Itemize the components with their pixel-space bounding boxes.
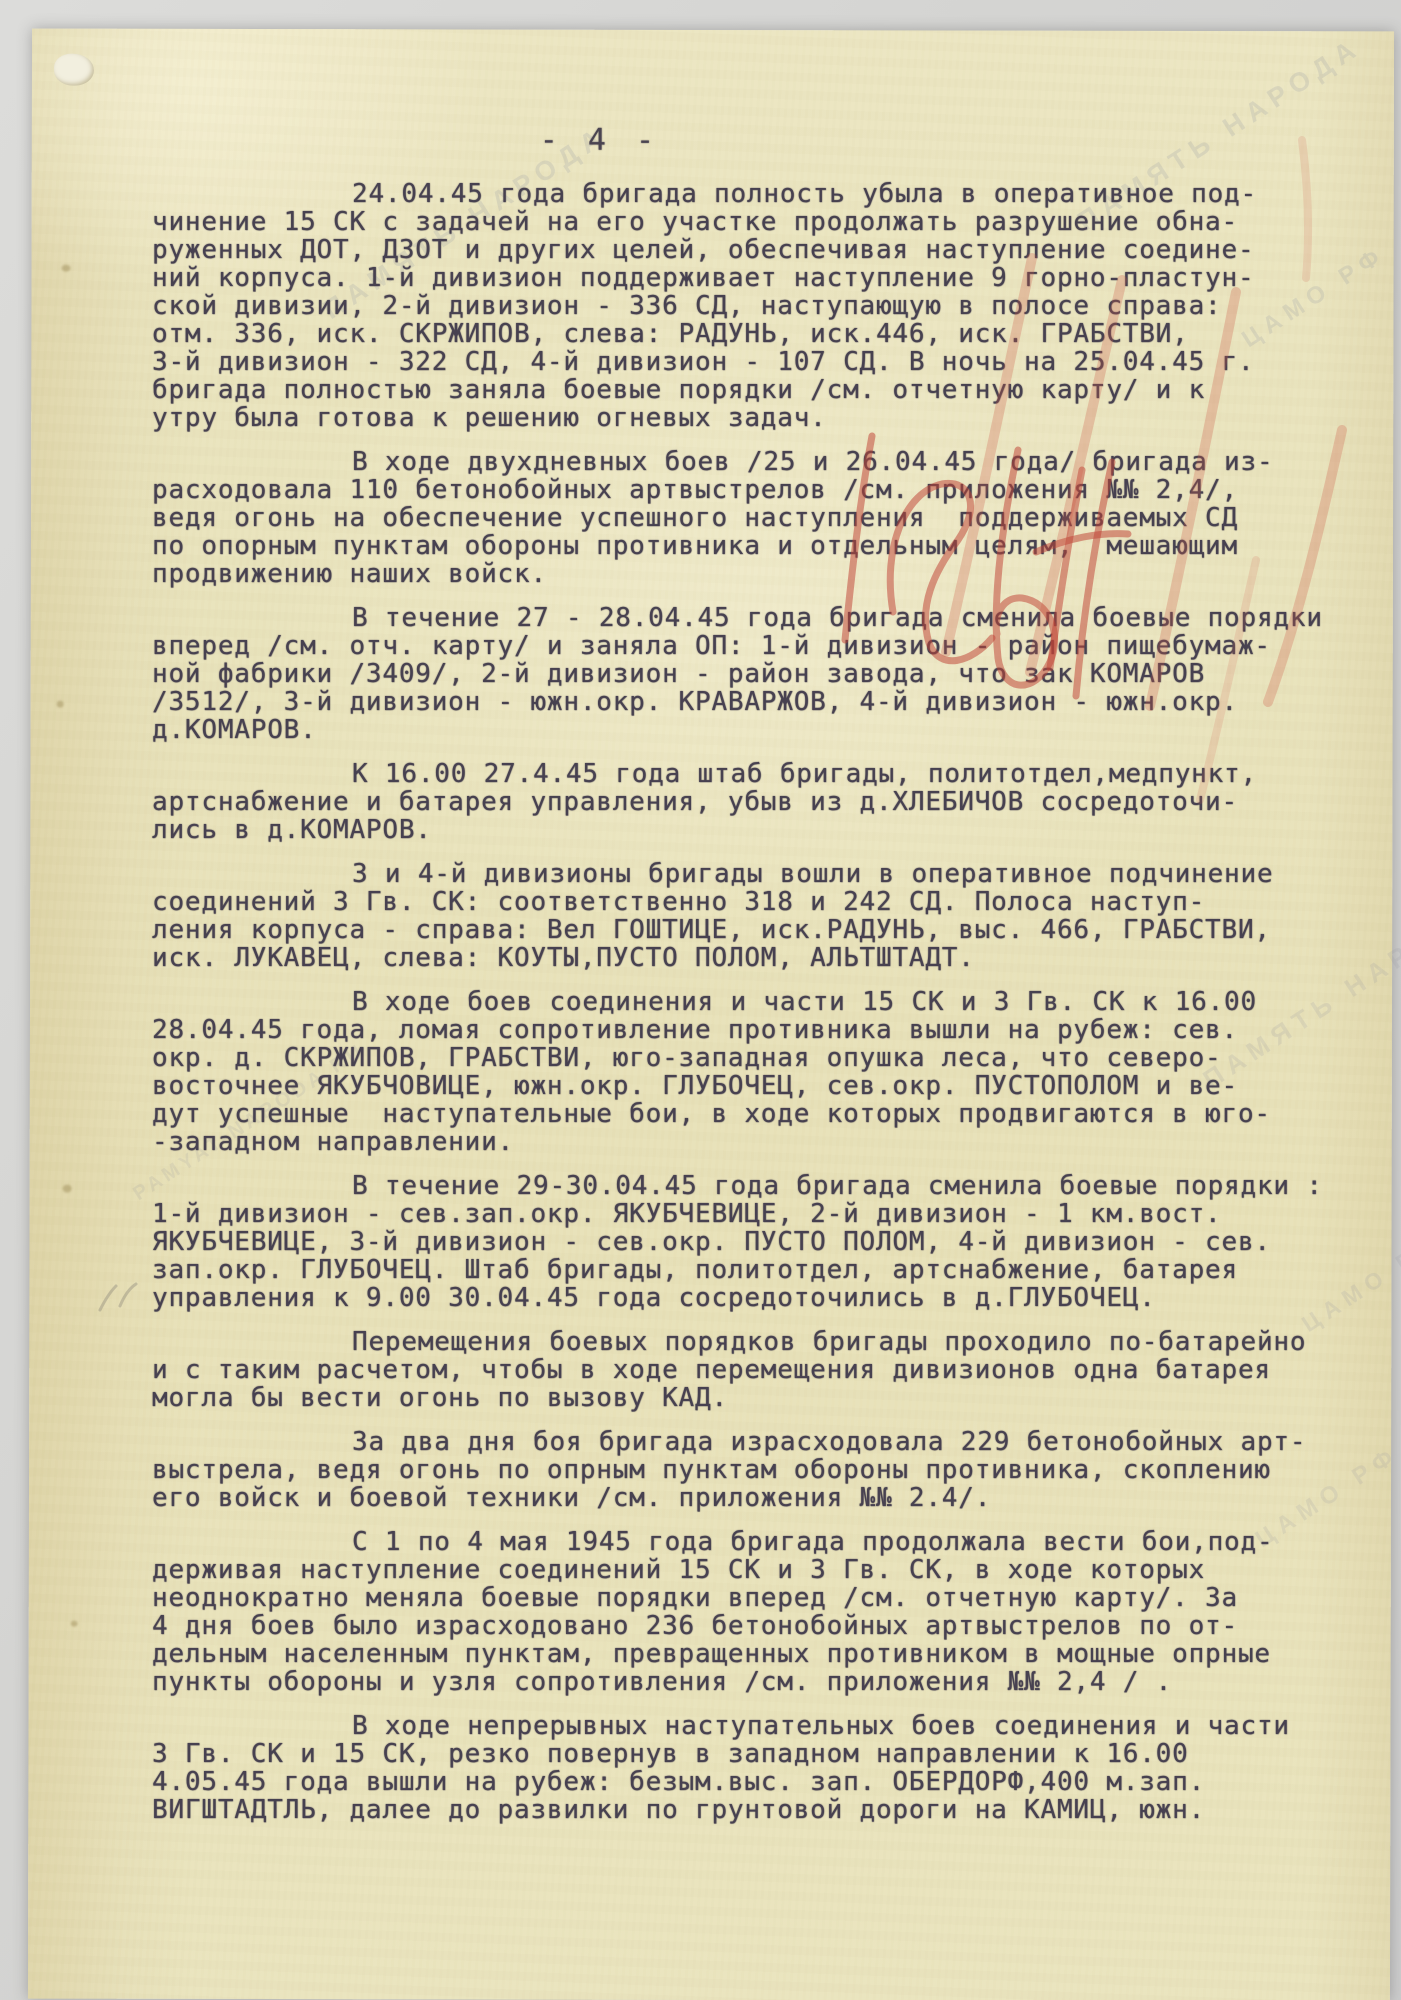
- paragraph: За два дня боя бригада израсходовала 229…: [152, 1428, 1317, 1512]
- text-line: ний корпуса. 1-й дивизион поддерживает н…: [152, 264, 1317, 292]
- text-line: дельным населенным пунктам, превращенных…: [152, 1640, 1317, 1668]
- text-line: С 1 по 4 мая 1945 года бригада продолжал…: [152, 1528, 1317, 1556]
- text-line: отм. 336, иск. СКРЖИПОВ, слева: РАДУНЬ, …: [152, 320, 1317, 348]
- text-line: -западном направлении.: [152, 1128, 1317, 1156]
- text-line: неоднократно меняла боевые порядки впере…: [152, 1584, 1317, 1612]
- text-line: ной фабрики /3409/, 2-й дивизион - район…: [152, 660, 1317, 688]
- text-line: утру была готова к решению огневых задач…: [152, 404, 1317, 432]
- scan-background: ПАМЯТЬ НАРОДА ПАМЯТЬ НАРОДА ЦАМО РФ ПАМЯ…: [0, 0, 1401, 2000]
- text-line: В ходе двухдневных боев /25 и 26.04.45 г…: [152, 448, 1317, 476]
- text-line: 24.04.45 года бригада полность убыла в о…: [152, 180, 1317, 208]
- text-line: восточнее ЯКУБЧОВИЦЕ, южн.окр. ГЛУБОЧЕЦ,…: [152, 1072, 1317, 1100]
- paper-blemish: [63, 1185, 72, 1193]
- text-line: ведя огонь на обеспечение успешного наст…: [152, 504, 1317, 532]
- paper-blemish: [71, 1621, 78, 1627]
- paragraph: Перемещения боевых порядков бригады прох…: [152, 1328, 1317, 1412]
- text-line: пункты обороны и узля сопротивления /см.…: [152, 1668, 1317, 1696]
- paragraph: 24.04.45 года бригада полность убыла в о…: [152, 180, 1317, 432]
- text-line: чинение 15 СК с задачей на его участке п…: [152, 208, 1317, 236]
- text-line: расходовала 110 бетонобойных артвыстрело…: [152, 476, 1317, 504]
- text-line: 3 и 4-й дивизионы бригады вошли в операт…: [152, 860, 1317, 888]
- text-line: В ходе боев соединения и части 15 СК и 3…: [152, 988, 1317, 1016]
- text-line: ВИГШТАДТЛЬ, далее до развилки по грунтов…: [152, 1796, 1317, 1824]
- paragraph: В ходе непрерывных наступательных боев с…: [152, 1712, 1317, 1824]
- text-line: управления к 9.00 30.04.45 года сосредот…: [152, 1284, 1317, 1312]
- text-line: В ходе непрерывных наступательных боев с…: [152, 1712, 1317, 1740]
- paragraph: В ходе двухдневных боев /25 и 26.04.45 г…: [152, 448, 1317, 588]
- text-line: держивая наступление соединений 15 СК и …: [152, 1556, 1317, 1584]
- document-text: 24.04.45 года бригада полность убыла в о…: [152, 180, 1317, 1824]
- text-line: соединений 3 Гв. СК: соответственно 318 …: [152, 888, 1317, 916]
- page-number: - 4 -: [540, 123, 700, 158]
- text-line: К 16.00 27.4.45 года штаб бригады, полит…: [152, 760, 1317, 788]
- text-line: и с таким расчетом, чтобы в ходе перемещ…: [152, 1356, 1317, 1384]
- paper-blemish: [62, 265, 71, 272]
- text-line: /3512/, 3-й дивизион - южн.окр. КРАВАРЖО…: [152, 688, 1317, 716]
- paper-damage-spot: [54, 54, 94, 86]
- text-line: В течение 27 - 28.04.45 года бригада сме…: [152, 604, 1317, 632]
- paper-blemish: [57, 701, 64, 708]
- text-line: 1-й дивизион - сев.зап.окр. ЯКУБЧЕВИЦЕ, …: [152, 1200, 1317, 1228]
- text-line: руженных ДОТ, ДЗОТ и других целей, обесп…: [152, 236, 1317, 264]
- paragraph: В течение 27 - 28.04.45 года бригада сме…: [152, 604, 1317, 744]
- text-line: Перемещения боевых порядков бригады прох…: [152, 1328, 1317, 1356]
- text-line: артснабжение и батарея управления, убыв …: [152, 788, 1317, 816]
- text-line: 3 Гв. СК и 15 СК, резко повернув в запад…: [152, 1740, 1317, 1768]
- text-line: дут успешные наступательные бои, в ходе …: [152, 1100, 1317, 1128]
- text-line: В течение 29-30.04.45 года бригада смени…: [152, 1172, 1317, 1200]
- text-line: За два дня боя бригада израсходовала 229…: [152, 1428, 1317, 1456]
- text-line: вперед /см. отч. карту/ и заняла ОП: 1-й…: [152, 632, 1317, 660]
- text-line: 4 дня боев было израсходовано 236 бетоно…: [152, 1612, 1317, 1640]
- paragraph: В течение 29-30.04.45 года бригада смени…: [152, 1172, 1317, 1312]
- text-line: 4.05.45 года вышли на рубеж: безым.выс. …: [152, 1768, 1317, 1796]
- paragraph: В ходе боев соединения и части 15 СК и 3…: [152, 988, 1317, 1156]
- text-line: выстрела, ведя огонь по опрным пунктам о…: [152, 1456, 1317, 1484]
- document-page: ПАМЯТЬ НАРОДА ПАМЯТЬ НАРОДА ЦАМО РФ ПАМЯ…: [28, 29, 1394, 2000]
- text-line: продвижению наших войск.: [152, 560, 1317, 588]
- text-line: бригада полностью заняла боевые порядки …: [152, 376, 1317, 404]
- text-line: ЯКУБЧЕВИЦЕ, 3-й дивизион - сев.окр. ПУСТ…: [152, 1228, 1317, 1256]
- text-line: 3-й дивизион - 322 СД, 4-й дивизион - 10…: [152, 348, 1317, 376]
- text-line: могла бы вести огонь по вызову КАД.: [152, 1384, 1317, 1412]
- text-line: 28.04.45 года, ломая сопротивление проти…: [152, 1016, 1317, 1044]
- text-line: ской дивизии, 2-й дивизион - 336 СД, нас…: [152, 292, 1317, 320]
- text-line: д.КОМАРОВ.: [152, 716, 1317, 744]
- text-line: зап.окр. ГЛУБОЧЕЦ. Штаб бригады, политот…: [152, 1256, 1317, 1284]
- text-line: иск. ЛУКАВЕЦ, слева: КОУТЫ,ПУСТО ПОЛОМ, …: [152, 944, 1317, 972]
- text-line: ления корпуса - справа: Вел ГОШТИЦЕ, иск…: [152, 916, 1317, 944]
- text-line: по опорным пунктам обороны противника и …: [152, 532, 1317, 560]
- paragraph: С 1 по 4 мая 1945 года бригада продолжал…: [152, 1528, 1317, 1696]
- text-line: его войск и боевой техники /см. приложен…: [152, 1484, 1317, 1512]
- text-line: лись в д.КОМАРОВ.: [152, 816, 1317, 844]
- paragraph: 3 и 4-й дивизионы бригады вошли в операт…: [152, 860, 1317, 972]
- text-line: окр. д. СКРЖИПОВ, ГРАБСТВИ, юго-западная…: [152, 1044, 1317, 1072]
- paragraph: К 16.00 27.4.45 года штаб бригады, полит…: [152, 760, 1317, 844]
